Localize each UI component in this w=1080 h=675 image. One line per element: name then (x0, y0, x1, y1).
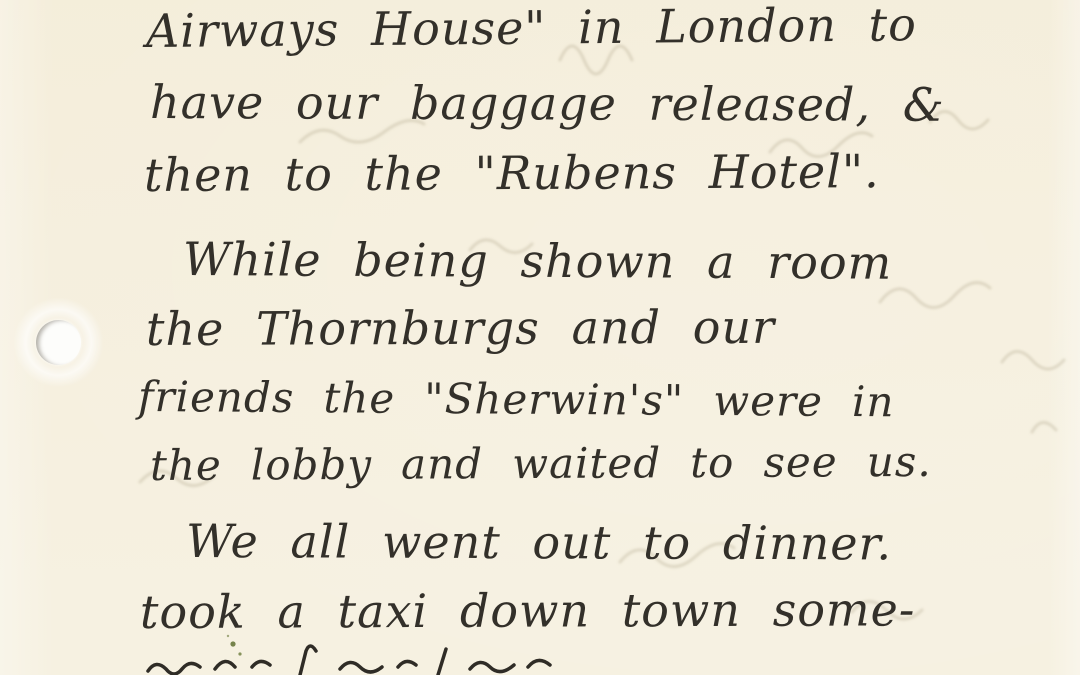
cutoff-handwritten-line (148, 646, 550, 675)
handwritten-line: While being shown a room (183, 236, 892, 286)
diary-page: Airways House" in London to have our bag… (0, 0, 1080, 675)
hole-punch (36, 320, 81, 365)
bleed-mark (1032, 422, 1056, 432)
handwritten-line: then to the "Rubens Hotel". (144, 148, 880, 198)
handwritten-line: the Thornburgs and our (146, 304, 775, 352)
bleed-mark (1002, 351, 1064, 369)
bleed-mark (880, 283, 990, 308)
handwritten-line: Airways House" in London to (146, 1, 917, 54)
handwritten-line: the lobby and waited to see us. (150, 441, 932, 487)
handwritten-line: friends the "Sherwin's" were in (138, 376, 895, 423)
handwritten-line: We all went out to dinner. (186, 518, 892, 566)
handwritten-line: took a taxi down town some- (140, 586, 916, 635)
handwritten-line: have our baggage released, & (150, 79, 945, 128)
